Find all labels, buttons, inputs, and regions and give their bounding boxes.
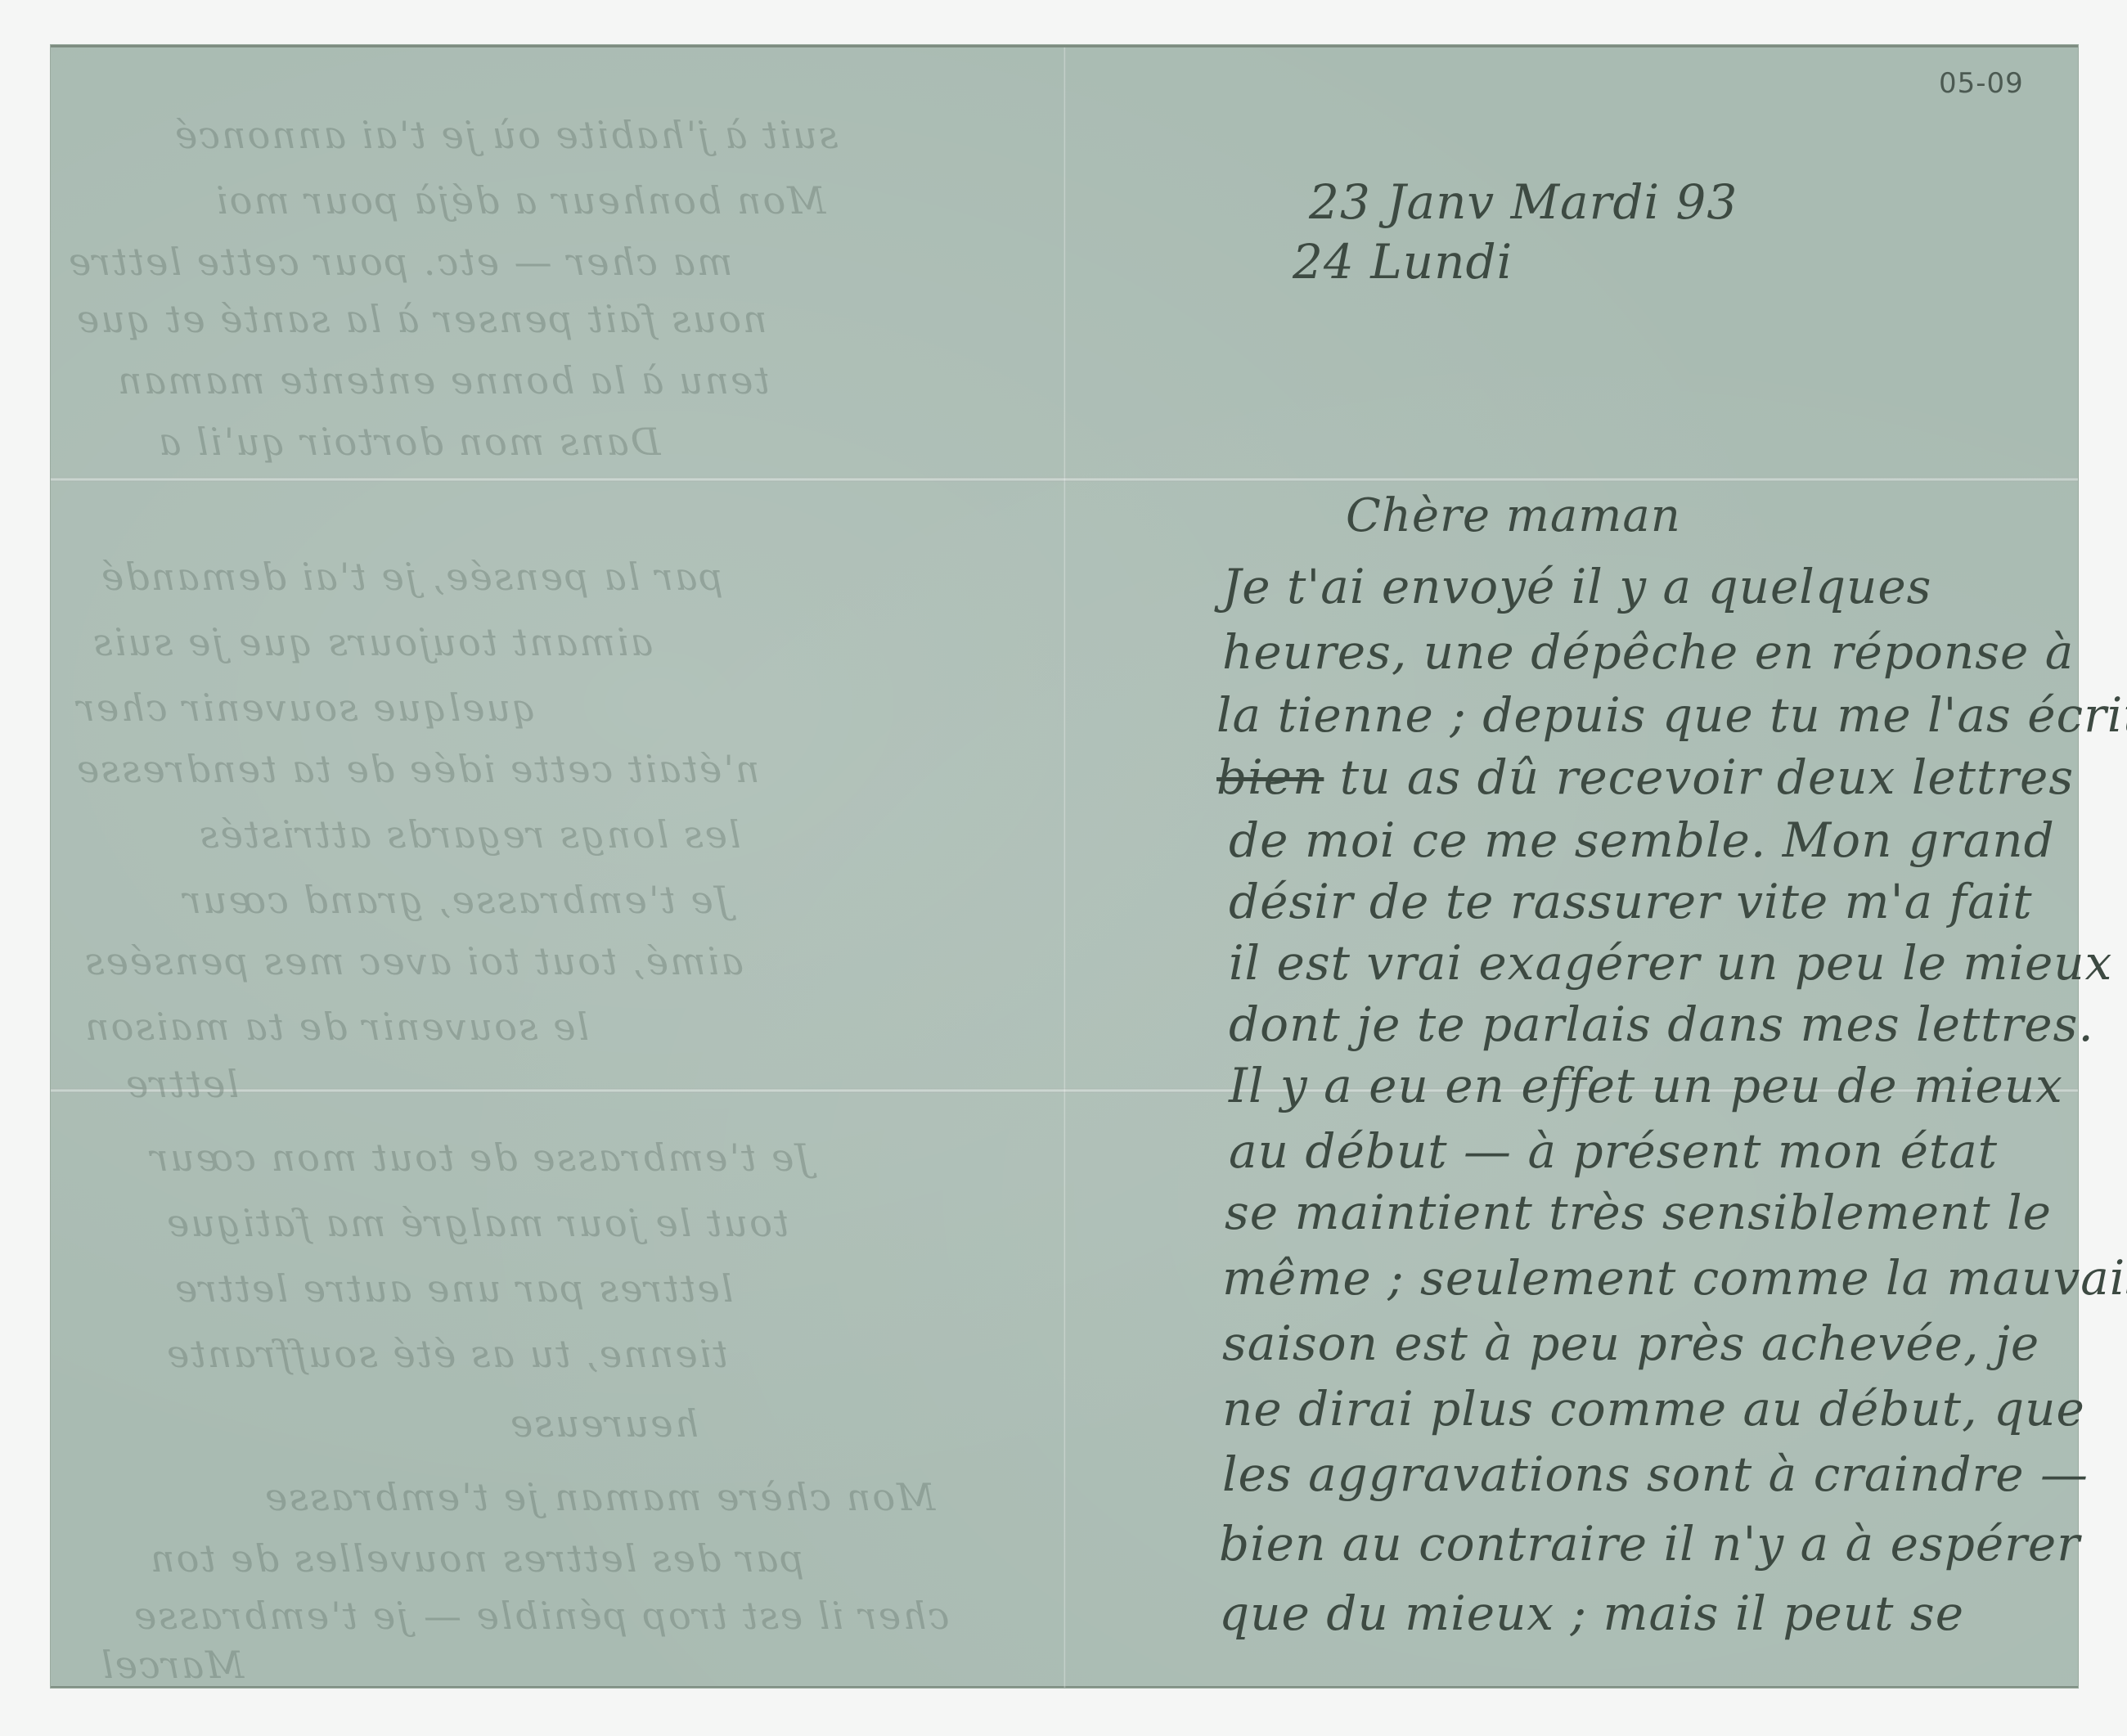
letter-line: les aggravations sont à craindre — [1222,1446,2089,1502]
letter-line: il est vrai exagérer un peu le mieux [1229,935,2112,991]
bleed-line: Je t'embrasse de tout mon cœur [149,1136,811,1180]
bleed-line: par des lettres nouvelles de ton [149,1536,804,1581]
letter-line: bien tu as dû recevoir deux lettres [1216,749,2074,805]
letter-line: que du mieux ; mais il peut se [1219,1585,1964,1641]
archive-number: 05-09 [1939,67,2024,100]
bleed-line: aimant toujours que je suis [92,620,653,664]
bleed-line: Mon bonheur a déjà pour moi [214,178,825,223]
bleed-line: tienne, tu as été souffrante [165,1332,728,1376]
bleed-line: Marcel [100,1643,244,1687]
scan-background: suit à j'habite où je t'ai annoncé Mon b… [0,0,2127,1736]
letter-line: dont je te parlais dans mes lettres. [1229,996,2094,1052]
bleed-line: Dans mon dortoir qu'il a [157,420,661,464]
letter-line: se maintient très sensiblement le [1225,1185,2052,1240]
letter-line: Il y a eu en effet un peu de mieux [1229,1058,2063,1113]
center-fold [1063,47,1066,1688]
date-line-1: 23 Janv Mardi 93 [1309,174,1738,230]
letter-line-text: tu as dû recevoir deux lettres [1340,749,2074,805]
bleed-line: aimé, tout toi avec mes pensées [83,939,744,983]
bleed-line: tout le jour malgré ma fatigue [165,1201,789,1245]
bleed-line: cher il est trop pénible — je t'embrasse [133,1594,949,1638]
bleed-line: heureuse [509,1401,699,1446]
letter-sheet: suit à j'habite où je t'ai annoncé Mon b… [51,45,2078,1688]
bleed-line: nous fait penser à la santé et que [75,297,767,341]
letter-line: même ; seulement comme la mauvaise [1222,1250,2127,1306]
upper-fold [51,477,2078,482]
letter-line: heures, une dépêche en réponse à [1222,624,2074,680]
struck-word: bien [1216,749,1324,805]
bleed-line: Je t'embrasse, grand cœur [182,878,730,922]
letter-line: bien au contraire il n'y a à espérer [1219,1516,2080,1572]
bleed-line: ma cher — etc. pour cette lettre [67,240,733,284]
salutation: Chère maman [1346,489,1681,542]
bleed-line: n'était cette idée de ta tendresse [75,747,760,791]
date-line-2: 24 Lundi [1293,234,1513,290]
bleed-line: les longs regards attristés [198,812,741,857]
bleed-line: quelque souvenir cher [75,686,537,730]
letter-line: Je t'ai envoyé il y a quelques [1222,559,1931,614]
bleed-line: Mon chère maman je t'embrasse [263,1475,935,1519]
bleed-line: le souvenir de ta maison [83,1005,589,1049]
letter-line: au début — à présent mon état [1229,1123,1998,1179]
bleed-line: tenu à la bonne entente maman [116,358,770,403]
letter-line: de moi ce me semble. Mon grand [1229,812,2055,868]
bleed-line: lettre [124,1062,239,1106]
letter-line: ne dirai plus comme au début, que [1222,1381,2085,1437]
bleed-line: lettres par une autre lettre [173,1266,733,1311]
letter-line: la tienne ; depuis que tu me l'as écrite [1216,687,2127,743]
letter-line: désir de te rassurer vite m'a fait [1229,874,2033,929]
letter-line: saison est à peu près achevée, je [1222,1315,2039,1371]
bleed-line: suit à j'habite où je t'ai annoncé [173,113,838,157]
bleed-line: par la pensée, je t'ai demandé [100,555,723,599]
